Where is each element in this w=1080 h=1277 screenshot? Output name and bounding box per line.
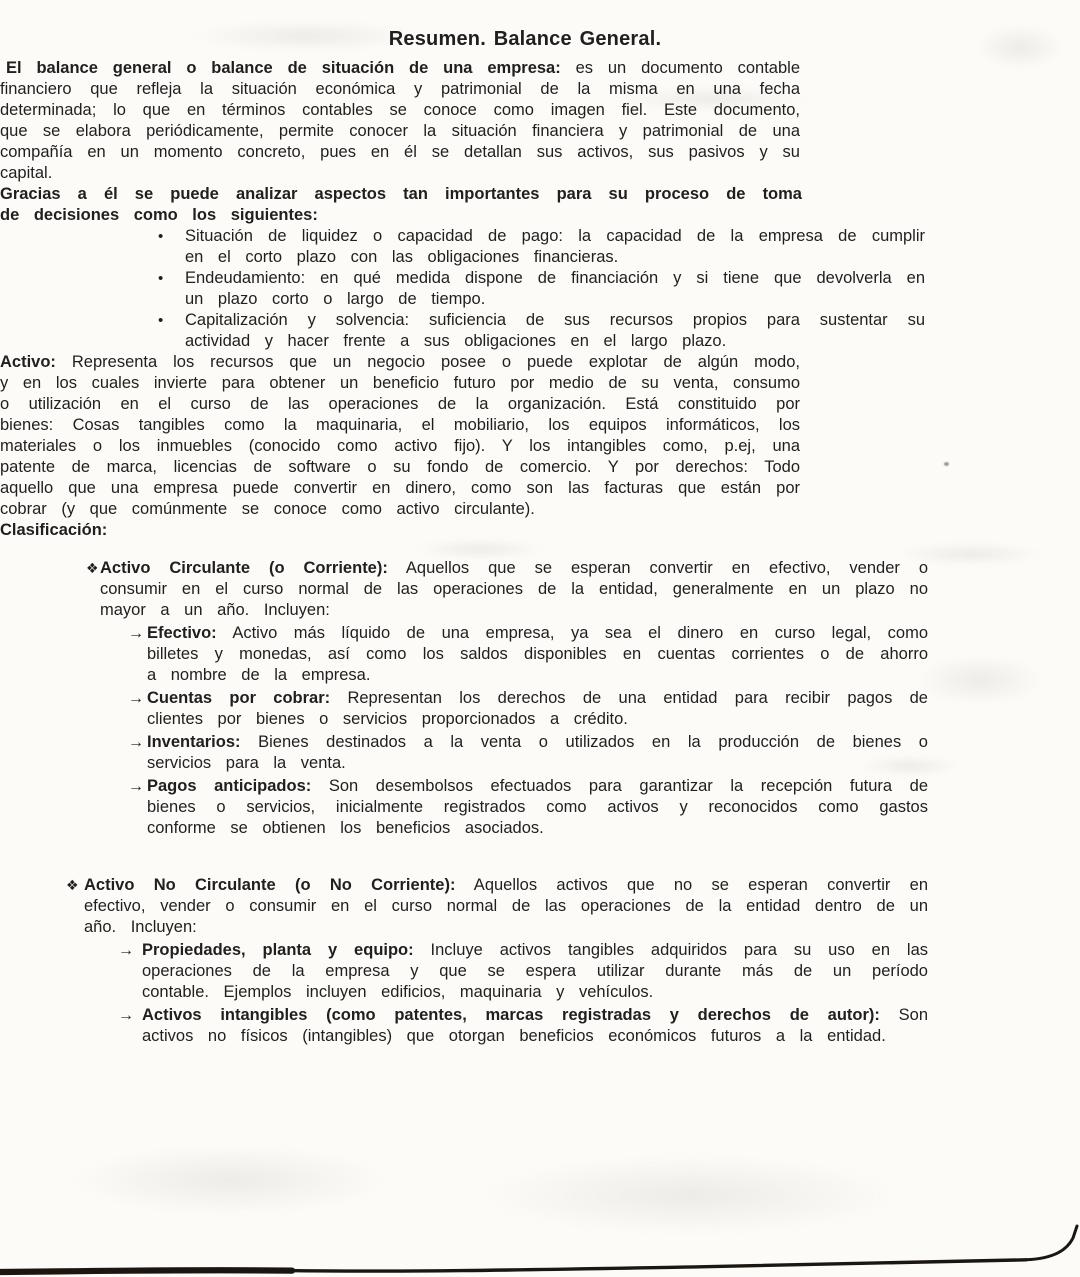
bullet-icon: • <box>158 268 185 289</box>
sub-list: → Efectivo: Activo más líquido de una em… <box>128 623 928 839</box>
diamond-icon: ❖ <box>66 875 84 896</box>
arrow-icon: → <box>128 688 147 709</box>
arrow-icon: → <box>128 776 147 797</box>
sub-item: → Efectivo: Activo más líquido de una em… <box>128 623 928 686</box>
sub-item-lead: Propiedades, planta y equipo: <box>142 941 414 959</box>
sub-item-body: Bienes destinados a la venta o utilizado… <box>147 733 928 772</box>
arrow-icon: → <box>118 1005 142 1026</box>
section-lead: Activo Circulante (o Corriente): <box>100 559 388 577</box>
section-lead: Activo No Circulante (o No Corriente): <box>84 876 455 894</box>
sub-item-text: Propiedades, planta y equipo: Incluye ac… <box>142 940 928 1003</box>
section-heading-text: Activo No Circulante (o No Corriente): A… <box>84 875 928 938</box>
arrow-icon: → <box>128 623 147 644</box>
bullet-icon: • <box>158 226 185 247</box>
aspects-heading: Gracias a él se puede analizar aspectos … <box>0 184 802 226</box>
list-item: • Endeudamiento: en qué medida dispone d… <box>158 268 925 310</box>
activo-paragraph: Activo: Representa los recursos que un n… <box>0 352 800 520</box>
intro-lead: El balance general o balance de situació… <box>6 59 561 77</box>
section-heading-row: ❖ Activo Circulante (o Corriente): Aquel… <box>86 558 928 621</box>
section-heading-text: Activo Circulante (o Corriente): Aquello… <box>100 558 928 621</box>
section-heading-row: ❖ Activo No Circulante (o No Corriente):… <box>66 875 928 938</box>
sub-item-body: Activo más líquido de una empresa, ya se… <box>147 624 928 684</box>
sub-item-lead: Pagos anticipados: <box>147 777 311 795</box>
activo-lead: Activo: <box>0 353 56 371</box>
sub-item-lead: Activos intangibles (como patentes, marc… <box>142 1006 880 1024</box>
sub-item-lead: Efectivo: <box>147 624 217 642</box>
list-item-text: Situación de liquidez o capacidad de pag… <box>185 226 925 268</box>
sub-item: → Cuentas por cobrar: Representan los de… <box>128 688 928 730</box>
sub-item: → Inventarios: Bienes destinados a la ve… <box>128 732 928 774</box>
sub-item-text: Pagos anticipados: Son desembolsos efect… <box>147 776 928 839</box>
arrow-icon: → <box>128 732 147 753</box>
sub-item-text: Activos intangibles (como patentes, marc… <box>142 1005 928 1047</box>
section-activo-circulante: ❖ Activo Circulante (o Corriente): Aquel… <box>86 558 928 839</box>
intro-body: es un documento contable financiero que … <box>0 59 800 182</box>
sub-list: → Propiedades, planta y equipo: Incluye … <box>118 940 928 1047</box>
diamond-icon: ❖ <box>86 558 100 579</box>
aspects-list: • Situación de liquidez o capacidad de p… <box>158 226 925 352</box>
list-item: • Situación de liquidez o capacidad de p… <box>158 226 925 268</box>
section-activo-no-circulante: ❖ Activo No Circulante (o No Corriente):… <box>66 875 928 1047</box>
list-item: • Capitalización y solvencia: suficienci… <box>158 310 925 352</box>
scanned-document-page: Resumen. Balance General. El balance gen… <box>0 0 1080 1277</box>
list-item-text: Endeudamiento: en qué medida dispone de … <box>185 268 925 310</box>
activo-body: Representa los recursos que un negocio p… <box>0 353 800 518</box>
classification-heading: Clasificación: <box>0 520 1080 541</box>
sub-item: → Activos intangibles (como patentes, ma… <box>118 1005 928 1047</box>
sub-item-text: Efectivo: Activo más líquido de una empr… <box>147 623 928 686</box>
sub-item-lead: Inventarios: <box>147 733 241 751</box>
document-content: Resumen. Balance General. El balance gen… <box>0 0 1080 1277</box>
sub-item-lead: Cuentas por cobrar: <box>147 689 330 707</box>
list-item-text: Capitalización y solvencia: suficiencia … <box>185 310 925 352</box>
sub-item: → Pagos anticipados: Son desembolsos efe… <box>128 776 928 839</box>
sub-item-text: Inventarios: Bienes destinados a la vent… <box>147 732 928 774</box>
sub-item: → Propiedades, planta y equipo: Incluye … <box>118 940 928 1003</box>
page-title: Resumen. Balance General. <box>125 27 925 51</box>
sub-item-text: Cuentas por cobrar: Representan los dere… <box>147 688 928 730</box>
bullet-icon: • <box>158 310 185 331</box>
arrow-icon: → <box>118 940 142 961</box>
intro-paragraph: El balance general o balance de situació… <box>0 58 800 184</box>
